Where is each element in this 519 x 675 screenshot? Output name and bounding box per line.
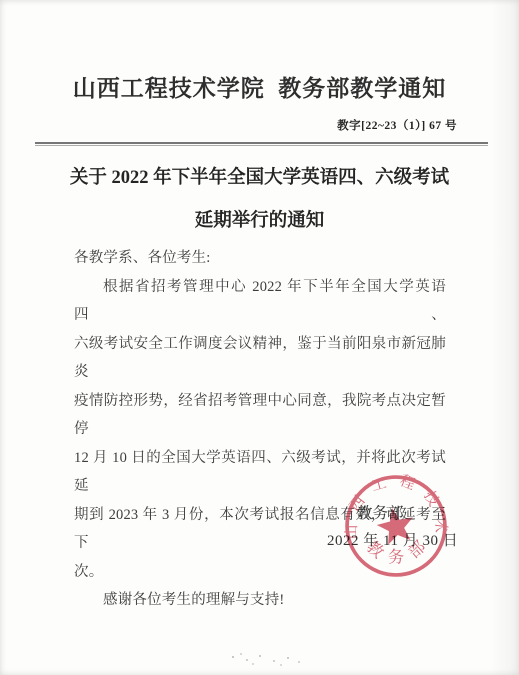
- seal-dept-char: 教: [363, 537, 388, 562]
- scan-noise: [232, 656, 234, 658]
- seal-dept-char: 务: [388, 548, 404, 567]
- scanned-notice-page: 山西工程技术学院 教务部教学通知 教字[22~23（1）] 67 号 关于 20…: [0, 0, 519, 675]
- official-seal: 山西工程技术学院 教 务 部: [343, 473, 449, 579]
- notice-title-line2: 延期举行的通知: [0, 206, 519, 232]
- body-line: 根据省招考管理中心 2022 年下半年全国大学英语四、: [74, 273, 446, 330]
- scan-crease: [491, 0, 519, 675]
- header-rule: [35, 142, 488, 146]
- notice-title-line1: 关于 2022 年下半年全国大学英语四、六级考试: [0, 163, 519, 189]
- salutation: 各教学系、各位考生:: [74, 244, 446, 273]
- body-line: 六级考试安全工作调度会议精神，鉴于当前阳泉市新冠肺炎: [74, 330, 446, 387]
- header-title: 山西工程技术学院 教务部教学通知: [0, 70, 519, 103]
- star-icon: [377, 508, 413, 545]
- body-line: 疫情防控形势，经省招考管理中心同意，我院考点决定暂停: [74, 387, 446, 444]
- doc-number: 教字[22~23（1）] 67 号: [337, 117, 457, 133]
- seal-dept-char: 部: [404, 537, 429, 562]
- closing-line: 感谢各位考生的理解与支持!: [74, 586, 446, 615]
